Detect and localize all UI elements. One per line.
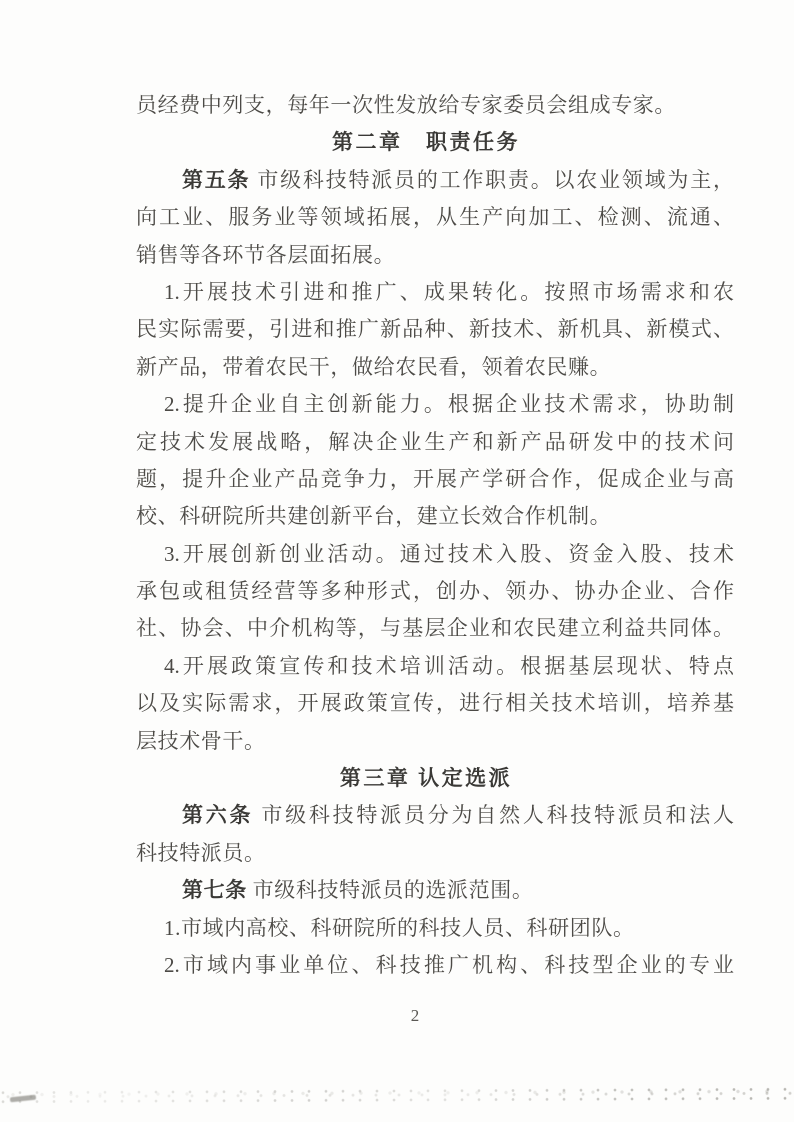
text-line: 以及实际需求，开展政策宣传，进行相关技术培训，培养基 [136, 685, 734, 722]
line-text: 市级科技特派员的工作职责。以农业领域为主， [250, 168, 734, 192]
text-line: 4.开展政策宣传和技术培训活动。根据基层现状、特点 [136, 648, 734, 685]
line-text: 以及实际需求，开展政策宣传，进行相关技术培训，培养基 [136, 691, 734, 715]
scan-artifact-band [0, 1086, 794, 1103]
line-text: 层技术骨干。 [136, 729, 266, 753]
line-text: 向工业、服务业等领域拓展，从生产向加工、检测、流通、 [136, 205, 734, 229]
line-text: 承包或租赁经营等多种形式，创办、领办、协办企业、合作 [136, 579, 734, 603]
document-page: 员经费中列支，每年一次性发放给专家委员会组成专家。 第二章 职责任务 第五条 市… [0, 0, 794, 1122]
text-line: 3.开展创新创业活动。通过技术入股、资金入股、技术 [136, 536, 734, 573]
text-line: 题，提升企业产品竞争力，开展产学研合作，促成企业与高 [136, 461, 734, 498]
line-text: 科技特派员。 [136, 841, 266, 865]
line-text: 社、协会、中介机构等，与基层企业和农民建立利益共同体。 [136, 616, 734, 640]
text-line: 承包或租赁经营等多种形式，创办、领办、协办企业、合作 [136, 573, 734, 610]
text-line: 1.市域内高校、科研院所的科技人员、科研团队。 [136, 910, 734, 947]
text-line: 科技特派员。 [136, 835, 734, 872]
line-text: 市级科技特派员的选派范围。 [247, 878, 534, 902]
text-line: 第七条 市级科技特派员的选派范围。 [136, 872, 734, 909]
text-line: 社、协会、中介机构等，与基层企业和农民建立利益共同体。 [136, 610, 734, 647]
line-text: 民实际需要，引进和推广新品种、新技术、新机具、新模式、 [136, 317, 734, 341]
chapter-heading: 第三章 认定选派 [136, 760, 734, 797]
line-text: 校、科研院所共建创新平台，建立长效合作机制。 [136, 504, 611, 528]
line-text: 2.提升企业自主创新能力。根据企业技术需求，协助制 [164, 392, 734, 416]
line-text: 3.开展创新创业活动。通过技术入股、资金入股、技术 [164, 542, 734, 566]
chapter-heading: 第二章 职责任务 [136, 124, 734, 161]
text-line: 校、科研院所共建创新平台，建立长效合作机制。 [136, 498, 734, 535]
text-line: 员经费中列支，每年一次性发放给专家委员会组成专家。 [136, 87, 734, 124]
text-line: 第五条 市级科技特派员的工作职责。以农业领域为主， [136, 162, 734, 199]
article-number: 第七条 [182, 878, 247, 902]
page-number: 2 [372, 1004, 458, 1028]
chapter-heading-text: 第二章 职责任务 [332, 130, 520, 154]
document-body: 员经费中列支，每年一次性发放给专家委员会组成专家。 第二章 职责任务 第五条 市… [136, 87, 734, 984]
text-line: 2.提升企业自主创新能力。根据企业技术需求，协助制 [136, 386, 734, 423]
article-number: 第五条 [182, 168, 250, 192]
line-text: 市级科技特派员分为自然人科技特派员和法人 [253, 803, 734, 827]
text-line: 向工业、服务业等领域拓展，从生产向加工、检测、流通、 [136, 199, 734, 236]
text-line: 2.市域内事业单位、科技推广机构、科技型企业的专业 [136, 947, 734, 984]
line-text: 4.开展政策宣传和技术培训活动。根据基层现状、特点 [164, 654, 734, 678]
text-line: 层技术骨干。 [136, 723, 734, 760]
line-text: 1.开展技术引进和推广、成果转化。按照市场需求和农 [164, 280, 734, 304]
line-text: 2.市域内事业单位、科技推广机构、科技型企业的专业 [164, 953, 734, 977]
text-line: 新产品，带着农民干，做给农民看，领着农民赚。 [136, 349, 734, 386]
chapter-heading-text: 第三章 认定选派 [340, 766, 512, 790]
line-text: 题，提升企业产品竞争力，开展产学研合作，促成企业与高 [136, 467, 734, 491]
text-line: 销售等各环节各层面拓展。 [136, 237, 734, 274]
line-text: 定技术发展战略，解决企业生产和新产品研发中的技术问 [136, 430, 734, 454]
line-text: 员经费中列支，每年一次性发放给专家委员会组成专家。 [136, 93, 676, 117]
line-text: 1.市域内高校、科研院所的科技人员、科研团队。 [164, 916, 635, 940]
text-line: 第六条 市级科技特派员分为自然人科技特派员和法人 [136, 797, 734, 834]
line-text: 销售等各环节各层面拓展。 [136, 243, 395, 267]
text-line: 定技术发展战略，解决企业生产和新产品研发中的技术问 [136, 424, 734, 461]
text-line: 民实际需要，引进和推广新品种、新技术、新机具、新模式、 [136, 311, 734, 348]
line-text: 新产品，带着农民干，做给农民看，领着农民赚。 [136, 355, 611, 379]
text-line: 1.开展技术引进和推广、成果转化。按照市场需求和农 [136, 274, 734, 311]
article-number: 第六条 [182, 803, 253, 827]
